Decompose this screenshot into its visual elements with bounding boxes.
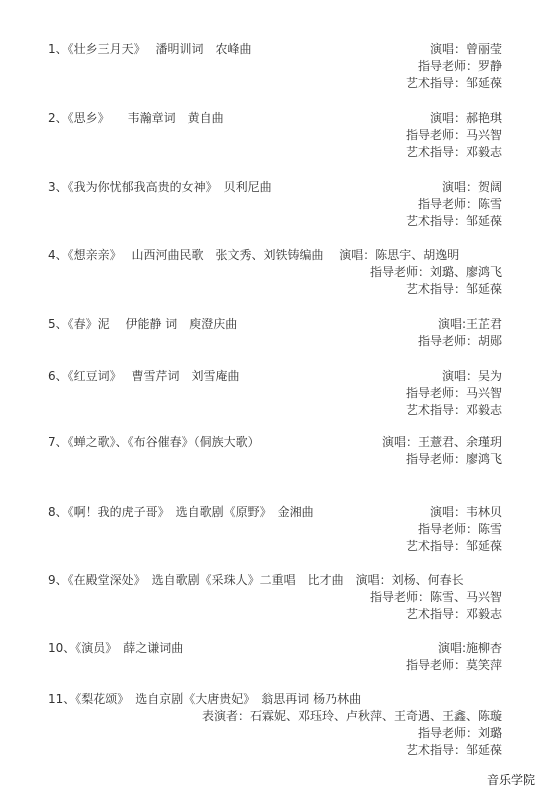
program-title: 7、《蝉之歌》、《布谷催春》（侗族大歌） xyxy=(48,434,260,451)
performer-credit: 演唱：王薏君、余瑾玥 xyxy=(382,434,502,451)
performer-credit: 演唱：曾丽莹 xyxy=(430,41,502,58)
program-title: 2、《思乡》 韦瀚章词 黄自曲 xyxy=(48,110,224,127)
teacher-credit: 指导老师：陈雪、马兴智 xyxy=(370,589,502,606)
performer-credit: 演唱：吴为 xyxy=(442,368,502,385)
program-title: 3、《我为你忧郁我高贵的女神》 贝利尼曲 xyxy=(48,179,272,196)
performer-credit: 演唱：贺阔 xyxy=(442,179,502,196)
teacher-credit: 指导老师：马兴智 xyxy=(406,127,502,144)
program-title: 8、《啊！我的虎子哥》 选自歌剧《原野》 金湘曲 xyxy=(48,504,314,521)
program-title: 1、《壮乡三月天》 潘明训词 农峰曲 xyxy=(48,41,251,58)
art-director-credit: 艺术指导：邹延葆 xyxy=(406,742,502,759)
teacher-credit: 指导老师：陈雪 xyxy=(418,521,502,538)
teacher-credit: 指导老师：廖鸿飞 xyxy=(406,451,502,468)
program-title: 10、《演员》 薛之谦词曲 xyxy=(48,640,183,657)
performers-credit: 表演者：石霖妮、邓珏玲、卢秋萍、王奇遇、王鑫、陈璇 xyxy=(202,708,502,725)
teacher-credit: 指导老师：罗静 xyxy=(418,58,502,75)
art-director-credit: 艺术指导：邹延葆 xyxy=(406,213,502,230)
art-director-credit: 艺术指导：邓毅志 xyxy=(406,606,502,623)
program-title: 5、《春》泥 伊能静 词 庾澄庆曲 xyxy=(48,316,237,333)
teacher-credit: 指导老师：胡郧 xyxy=(418,333,502,350)
teacher-credit: 指导老师：刘璐、廖鸿飞 xyxy=(370,264,502,281)
art-director-credit: 艺术指导：邹延葆 xyxy=(406,538,502,555)
teacher-credit: 指导老师：刘璐 xyxy=(418,725,502,742)
program-title: 9、《在殿堂深处》 选自歌剧《采珠人》二重唱 比才曲 演唱：刘杨、何春长 xyxy=(48,572,464,589)
art-director-credit: 艺术指导：邹延葆 xyxy=(406,75,502,92)
teacher-credit: 指导老师：莫笑萍 xyxy=(406,657,502,674)
footer-label: 音乐学院 xyxy=(487,772,535,788)
performer-credit: 演唱：韦林贝 xyxy=(430,504,502,521)
art-director-credit: 艺术指导：邓毅志 xyxy=(406,402,502,419)
program-title: 11、《梨花颂》 选自京剧《大唐贵妃》 翁思再词 杨乃林曲 xyxy=(48,691,361,708)
performer-credit: 演唱:施柳杏 xyxy=(438,640,502,657)
program-title: 4、《想亲亲》 山西河曲民歌 张文秀、刘铁铸编曲 演唱：陈思宇、胡逸明 xyxy=(48,247,459,264)
art-director-credit: 艺术指导：邹延葆 xyxy=(406,281,502,298)
teacher-credit: 指导老师：马兴智 xyxy=(406,385,502,402)
program-title: 6、《红豆词》 曹雪芹词 刘雪庵曲 xyxy=(48,368,239,385)
art-director-credit: 艺术指导：邓毅志 xyxy=(406,144,502,161)
performer-credit: 演唱:王芷君 xyxy=(438,316,502,333)
teacher-credit: 指导老师：陈雪 xyxy=(418,196,502,213)
performer-credit: 演唱：郝艳琪 xyxy=(430,110,502,127)
